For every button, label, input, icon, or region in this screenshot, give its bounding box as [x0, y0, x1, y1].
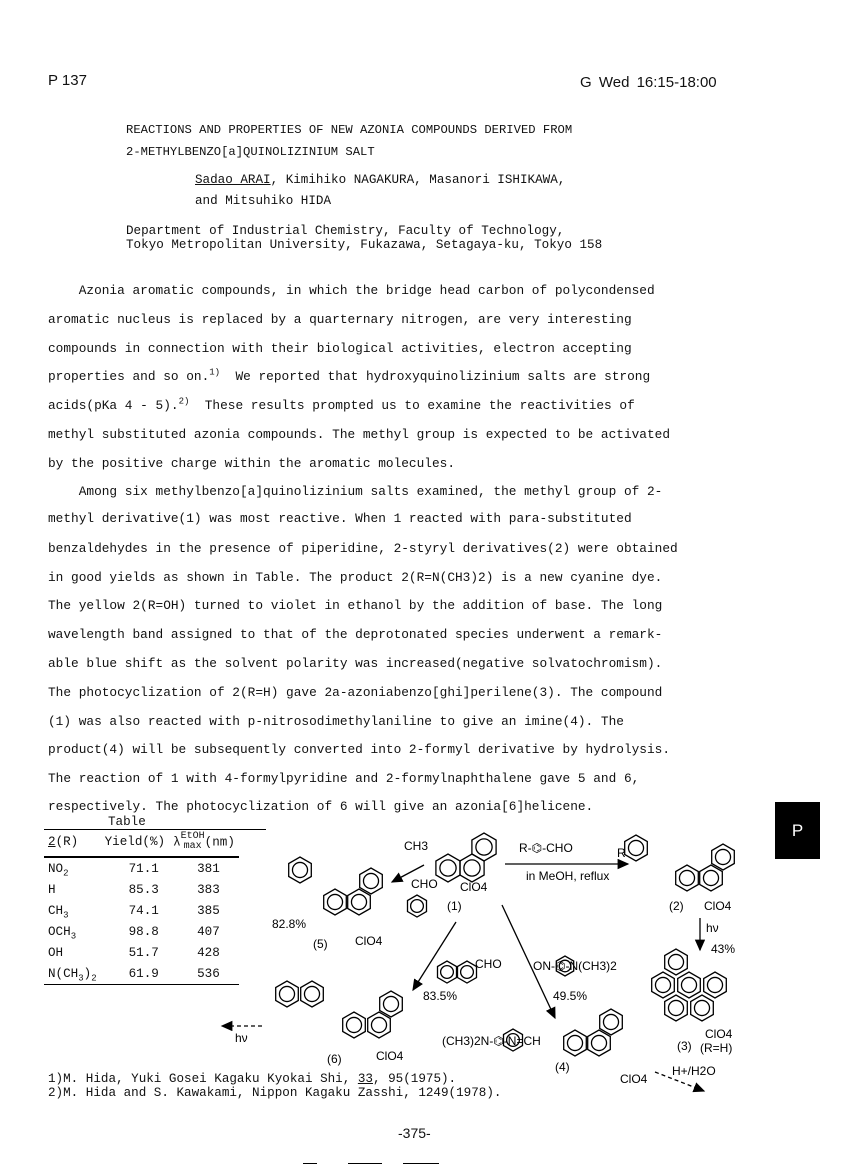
svg-text:ClO4: ClO4: [376, 1049, 404, 1063]
svg-text:ClO4: ClO4: [704, 899, 732, 913]
footer-rule: [303, 1163, 317, 1164]
svg-text:R: R: [617, 846, 626, 860]
svg-text:ON-⌬-N(CH3)2: ON-⌬-N(CH3)2: [533, 959, 617, 973]
svg-text:ClO4: ClO4: [460, 880, 488, 894]
svg-text:(1): (1): [447, 899, 462, 913]
footer-rule: [348, 1163, 382, 1164]
svg-text:ClO4: ClO4: [355, 934, 383, 948]
reference-1: 1)M. Hida, Yuki Gosei Kagaku Kyokai Shi,…: [48, 1072, 456, 1086]
svg-text:(4): (4): [555, 1060, 570, 1074]
svg-text:83.5%: 83.5%: [423, 989, 457, 1003]
svg-text:(CH3)2N-⌬-N=CH: (CH3)2N-⌬-N=CH: [442, 1034, 541, 1048]
reference-2: 2)M. Hida and S. Kawakami, Nippon Kagaku…: [48, 1086, 501, 1100]
svg-text:in MeOH, reflux: in MeOH, reflux: [526, 869, 609, 883]
svg-text:(R=H): (R=H): [700, 1041, 732, 1055]
svg-text:ClO4: ClO4: [705, 1027, 733, 1041]
svg-text:(6): (6): [327, 1052, 342, 1066]
svg-text:(5): (5): [313, 937, 328, 951]
svg-text:(2): (2): [669, 899, 684, 913]
svg-text:CH3: CH3: [404, 839, 428, 853]
svg-text:CHO: CHO: [411, 877, 438, 891]
svg-text:R-⌬-CHO: R-⌬-CHO: [519, 841, 573, 855]
page-number: -375-: [398, 1125, 431, 1141]
svg-text:43%: 43%: [711, 942, 735, 956]
svg-text:hν: hν: [235, 1031, 248, 1045]
svg-text:hν: hν: [706, 921, 719, 935]
footer-rule: [403, 1163, 439, 1164]
svg-text:82.8%: 82.8%: [272, 917, 306, 931]
svg-text:CHO: CHO: [475, 957, 502, 971]
arrow-to-6: [413, 922, 456, 990]
svg-text:49.5%: 49.5%: [553, 989, 587, 1003]
svg-text:H+/H2O: H+/H2O: [672, 1064, 716, 1078]
svg-text:(3): (3): [677, 1039, 692, 1053]
reaction-scheme: R-⌬-CHO in MeOH, reflux hν 43% 82.8% 83.…: [0, 0, 850, 1166]
svg-text:ClO4: ClO4: [620, 1072, 648, 1086]
